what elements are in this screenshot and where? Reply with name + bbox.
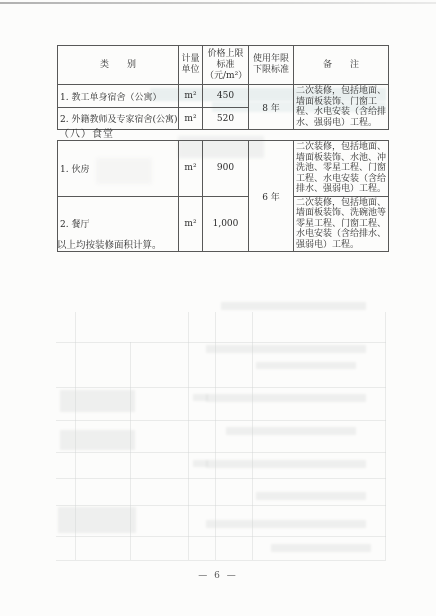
table-header-row: 类 别 计量单位 价格上限标准（元/m²） 使用年限下限标准 备 注: [58, 46, 389, 85]
cell-remark: 二次装修，包括地面、墙面板装饰、洗碗池等零星工程、门窗工程、水电安装（含给排水、…: [294, 196, 389, 252]
bleed-through-table-artifact: [56, 282, 386, 564]
cell-price: 900: [203, 141, 249, 197]
cell-price: 520: [203, 108, 249, 130]
fee-standard-table-residence: 类 别 计量单位 价格上限标准（元/m²） 使用年限下限标准 备 注 1. 教工…: [57, 45, 389, 130]
col-header-years: 使用年限下限标准: [249, 46, 294, 85]
cell-years: 6 年: [249, 141, 294, 252]
cell-unit: m²: [179, 196, 203, 252]
cell-category: 1. 教工单身宿舍（公寓）: [58, 85, 179, 108]
col-header-price: 价格上限标准（元/m²）: [203, 46, 249, 85]
cell-category: 1. 伙房: [58, 141, 179, 197]
col-header-category: 类 别: [58, 46, 179, 85]
col-header-unit: 计量单位: [179, 46, 203, 85]
cell-price: 450: [203, 85, 249, 108]
cell-years: 8 年: [249, 85, 294, 130]
footnote: 以上均按装修面积计算。: [57, 237, 162, 251]
table-row: 1. 教工单身宿舍（公寓） m² 450 8 年 二次装修，包括地面、墙面板装饰…: [58, 85, 389, 108]
cell-price: 1,000: [203, 196, 249, 252]
fee-standard-table-canteen: 1. 伙房 m² 900 6 年 二次装修，包括地面、墙面板装饰、水池、冲洗池、…: [57, 140, 389, 252]
cell-unit: m²: [179, 108, 203, 130]
section-heading: （八）食堂: [59, 125, 114, 140]
scanned-document-page: 类 别 计量单位 价格上限标准（元/m²） 使用年限下限标准 备 注 1. 教工…: [0, 0, 436, 616]
scan-edge-artifact: [0, 2, 436, 4]
cell-unit: m²: [179, 141, 203, 197]
table-row: 1. 伙房 m² 900 6 年 二次装修，包括地面、墙面板装饰、水池、冲洗池、…: [58, 141, 389, 197]
cell-remark: 二次装修，包括地面、墙面板装饰、门窗工程、水电安装（含给排水、强弱电）工程。: [294, 85, 389, 130]
col-header-remark: 备 注: [294, 46, 389, 85]
cell-remark: 二次装修，包括地面、墙面板装饰、水池、冲洗池、零星工程、门窗工程、水电安装（含给…: [294, 141, 389, 197]
page-number: — 6 —: [0, 571, 436, 581]
cell-unit: m²: [179, 85, 203, 108]
